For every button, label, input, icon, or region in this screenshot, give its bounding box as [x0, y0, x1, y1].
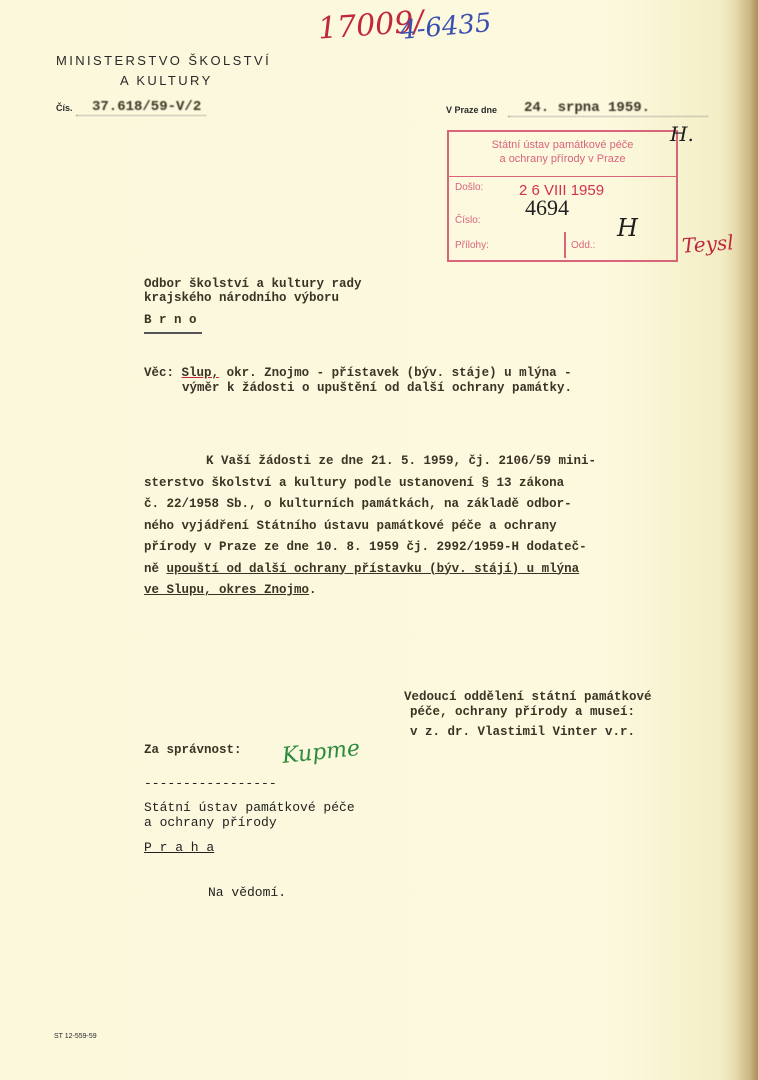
subject-label: Věc:	[144, 366, 174, 380]
body-paragraph: K Vaší žádosti ze dne 21. 5. 1959, čj. 2…	[144, 451, 596, 602]
place-date-value: 24. srpna 1959.	[508, 100, 708, 117]
margin-note: Teysl	[681, 230, 734, 258]
subject-line2: výměr k žádosti o upuštění od další ochr…	[144, 381, 572, 396]
copy-to-note: Na vědomí.	[208, 885, 286, 900]
stamp-institution-line1: Státní ústav památkové péče	[449, 138, 676, 152]
signature-block: Vedoucí oddělení státní památkové péče, …	[404, 690, 652, 740]
recipient-line1: Odbor školství a kultury rady	[144, 277, 362, 291]
recipient-city: B r n o	[144, 313, 362, 327]
body-line1: K Vaší žádosti ze dne 21. 5. 1959, čj. 2…	[144, 451, 596, 473]
signature-line3: v z. dr. Vlastimil Vinter v.r.	[404, 725, 652, 740]
reference-label: Čís.	[56, 103, 73, 113]
signature-line1: Vedoucí oddělení státní památkové	[404, 690, 652, 705]
stamp-institution-line2: a ochrany přírody v Praze	[449, 152, 676, 166]
reference-number: 37.618/59-V/2	[76, 99, 206, 116]
stamp-initial-mark: H.	[670, 122, 694, 146]
place-date-label: V Praze dne	[446, 105, 497, 115]
stamp-number-label: Číslo:	[455, 215, 481, 226]
stamp-department-handwritten: H	[617, 214, 638, 242]
body-line7-end: .	[309, 583, 317, 597]
receipt-stamp: Státní ústav památkové péče a ochrany př…	[447, 130, 678, 262]
body-line2: sterstvo školství a kultury podle ustano…	[144, 473, 596, 495]
body-line3: č. 22/1958 Sb., o kulturních památkách, …	[144, 494, 596, 516]
body-line4: ného vyjádření Státního ústavu památkové…	[144, 516, 596, 538]
copy-to-city: P r a h a	[144, 840, 355, 855]
stamp-received-label: Došlo:	[455, 182, 483, 193]
recipient-line2: krajského národního výboru	[144, 291, 362, 305]
subject-block: Věc: Slup, okr. Znojmo - přístavek (býv.…	[144, 366, 572, 396]
stamp-attachments-label: Přílohy:	[455, 240, 489, 251]
ministry-name-line2: A KULTURY	[120, 73, 213, 88]
body-line6-prefix: ně	[144, 562, 159, 576]
body-line5: přírody v Praze ze dne 10. 8. 1959 čj. 2…	[144, 537, 596, 559]
copy-to-line1: Státní ústav památkové péče	[144, 800, 355, 815]
copy-to-line2: a ochrany přírody	[144, 815, 355, 830]
recipient-city-underline	[144, 332, 202, 334]
ministry-name-line1: MINISTERSTVO ŠKOLSTVÍ	[56, 53, 271, 68]
copy-to-block: Státní ústav památkové péče a ochrany př…	[144, 800, 355, 855]
stamp-divider	[564, 232, 566, 258]
subject-line1-rest: okr. Znojmo - přístavek (býv. stáje) u m…	[227, 366, 572, 380]
form-code: ST 12-559-59	[54, 1033, 97, 1040]
correctness-dash-line: -----------------	[144, 776, 277, 791]
recipient-block: Odbor školství a kultury rady krajského …	[144, 277, 362, 334]
correctness-label: Za správnost:	[144, 743, 242, 757]
subject-place-struck: Slup,	[182, 366, 220, 380]
body-line6-underlined: upouští od další ochrany přístavku (býv.…	[167, 562, 580, 576]
signature-line2: péče, ochrany přírody a museí:	[404, 705, 652, 720]
stamp-number-value: 4694	[525, 195, 569, 221]
paper-edge	[736, 0, 758, 1080]
body-line7-underlined: ve Slupu, okres Znojmo	[144, 583, 309, 597]
stamp-department-label: Odd.:	[571, 240, 595, 251]
stamp-header: Státní ústav památkové péče a ochrany př…	[449, 132, 676, 177]
